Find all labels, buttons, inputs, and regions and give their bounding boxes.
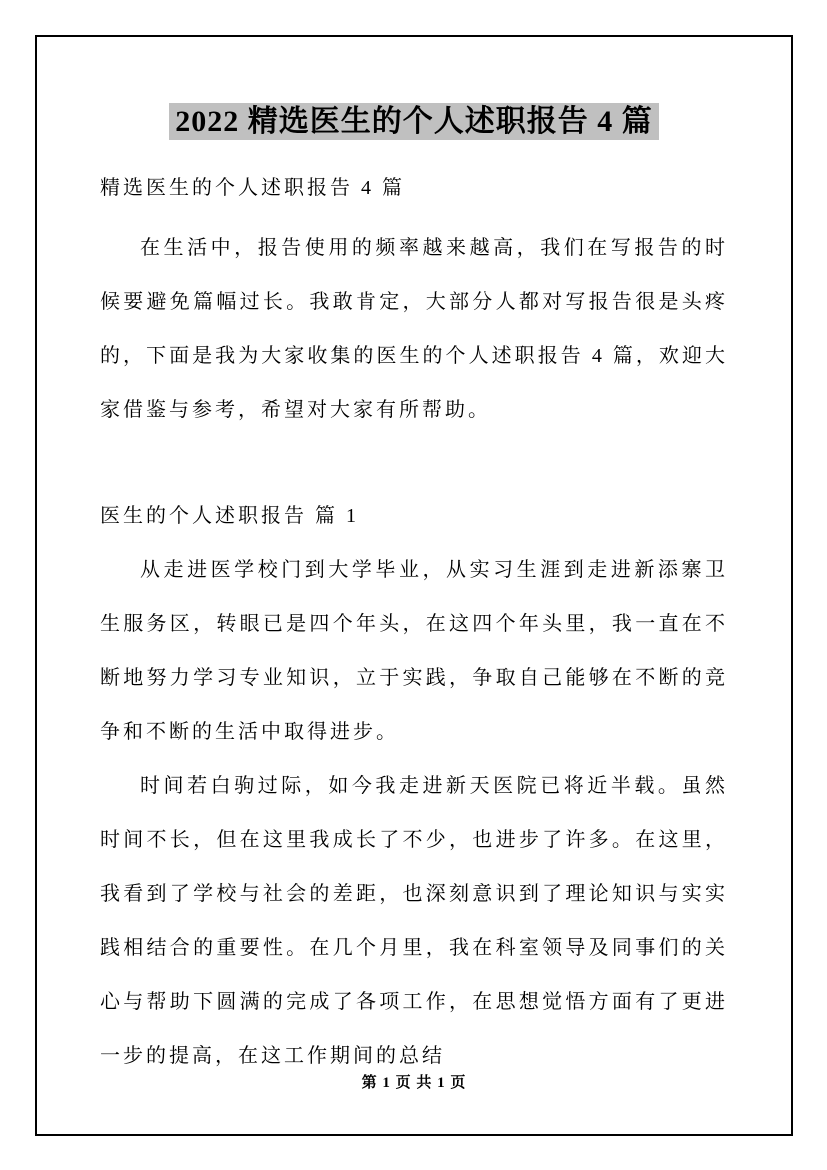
paragraph-body-2: 时间若白驹过际，如今我走进新天医院已将近半载。虽然时间不长，但在这里我成长了不少… [100,759,728,1083]
title-highlight: 2022 精选医生的个人述职报告 4 篇 [169,103,659,140]
paragraph-intro: 在生活中，报告使用的频率越来越高，我们在写报告的时候要避免篇幅过长。我敢肯定，大… [100,221,728,437]
document-subtitle: 精选医生的个人述职报告 4 篇 [100,161,728,215]
document-title: 2022 精选医生的个人述职报告 4 篇 [100,99,728,145]
document-canvas: 2022 精选医生的个人述职报告 4 篇 精选医生的个人述职报告 4 篇 在生活… [0,0,827,1170]
paragraph-body-1: 从走进医学校门到大学毕业，从实习生涯到走进新添寨卫生服务区，转眼已是四个年头，在… [100,543,728,759]
page-footer: 第 1 页 共 1 页 [37,1071,791,1092]
document-page: 2022 精选医生的个人述职报告 4 篇 精选医生的个人述职报告 4 篇 在生活… [35,35,793,1136]
section-heading: 医生的个人述职报告 篇 1 [100,489,728,543]
page-number-label: 第 1 页 共 1 页 [362,1075,467,1091]
